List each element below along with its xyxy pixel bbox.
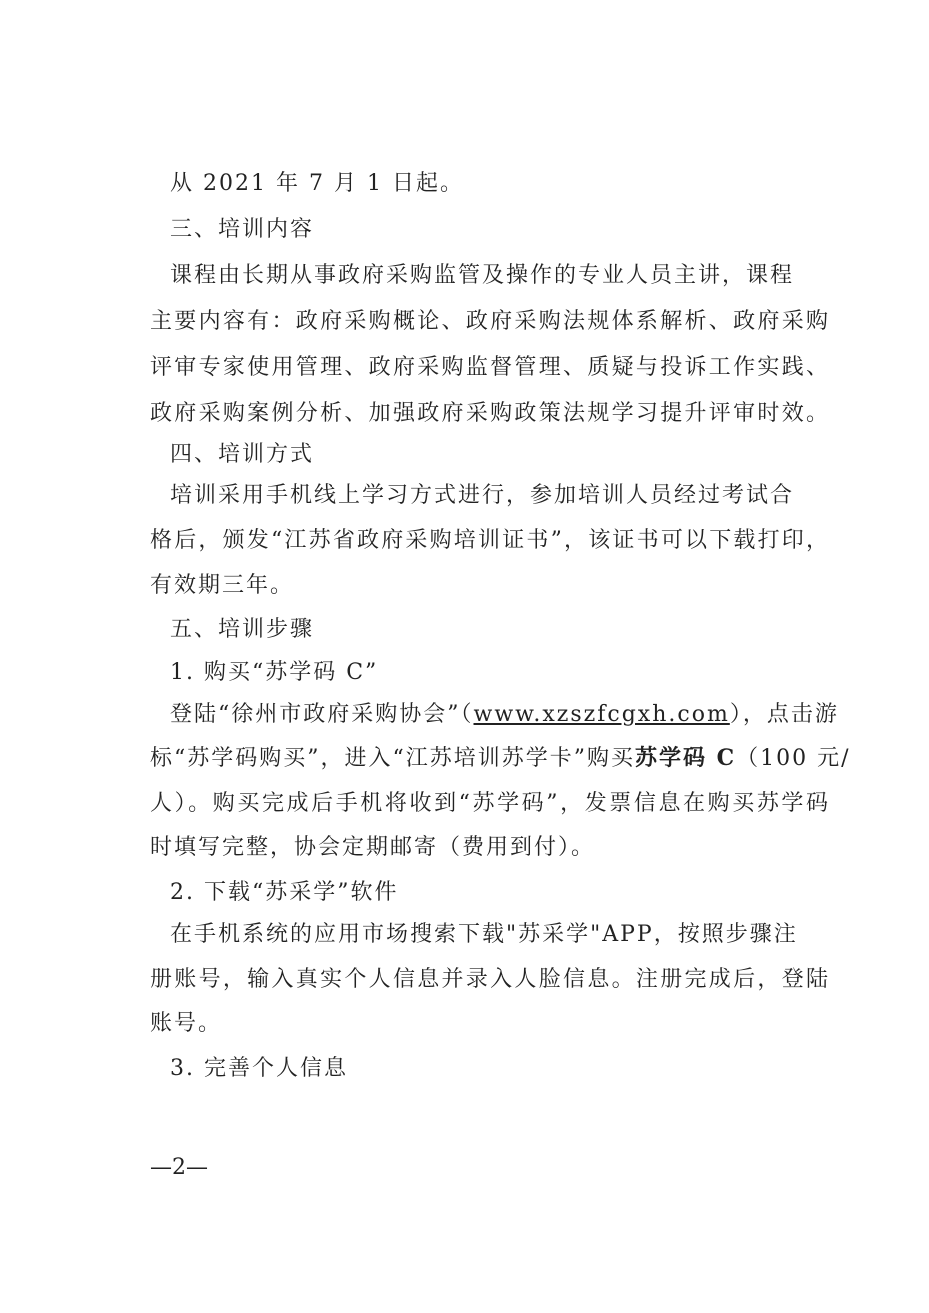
paragraph-line: 培训采用手机线上学习方式进行，参加培训人员经过考试合: [170, 478, 794, 509]
paragraph-line: 册账号，输入真实个人信息并录入人脸信息。注册完成后，登陆: [150, 962, 830, 993]
page-number: —2—: [150, 1155, 208, 1180]
text: （100 元/: [736, 746, 850, 771]
section-heading-5: 五、培训步骤: [170, 612, 314, 643]
step-heading-2: 2. 下载“苏采学”软件: [170, 875, 398, 906]
paragraph-line: 从 2021 年 7 月 1 日起。: [170, 166, 464, 197]
bold-text: 苏学码 C: [635, 745, 736, 771]
text: ），点击游: [730, 702, 839, 727]
section-heading-4: 四、培训方式: [170, 437, 314, 468]
paragraph-line: 登陆“徐州市政府采购协会”（www.xzszfcgxh.com），点击游: [170, 697, 839, 728]
step-heading-3: 3. 完善个人信息: [170, 1051, 348, 1082]
section-heading-3: 三、培训内容: [170, 212, 314, 243]
text: 标“苏学码购买”，进入“江苏培训苏学卡”购买: [150, 746, 635, 771]
paragraph-line: 标“苏学码购买”，进入“江苏培训苏学卡”购买苏学码 C（100 元/: [150, 741, 830, 772]
paragraph-line: 时填写完整，协会定期邮寄（费用到付）。: [150, 830, 595, 861]
association-url-link[interactable]: www.xzszfcgxh.com: [474, 702, 730, 727]
paragraph-line: 政府采购案例分析、加强政府采购政策法规学习提升评审时效。: [150, 396, 830, 427]
text: 登陆“徐州市政府采购协会”（: [170, 702, 474, 727]
paragraph-line: 主要内容有：政府采购概论、政府采购法规体系解析、政府采购: [150, 304, 830, 335]
document-page: 从 2021 年 7 月 1 日起。 三、培训内容 课程由长期从事政府采购监管及…: [0, 0, 929, 1313]
paragraph-line: 人）。购买完成后手机将收到“苏学码”，发票信息在购买苏学码: [150, 786, 830, 817]
paragraph-line: 格后，颁发“江苏省政府采购培训证书”，该证书可以下载打印，: [150, 523, 830, 554]
paragraph-line: 有效期三年。: [150, 568, 294, 599]
step-heading-1: 1. 购买“苏学码 C”: [170, 655, 378, 686]
paragraph-line: 账号。: [150, 1006, 222, 1037]
paragraph-line: 课程由长期从事政府采购监管及操作的专业人员主讲，课程: [170, 258, 794, 289]
paragraph-line: 评审专家使用管理、政府采购监督管理、质疑与投诉工作实践、: [150, 350, 830, 381]
paragraph-line: 在手机系统的应用市场搜索下载"苏采学"APP，按照步骤注: [170, 917, 798, 948]
